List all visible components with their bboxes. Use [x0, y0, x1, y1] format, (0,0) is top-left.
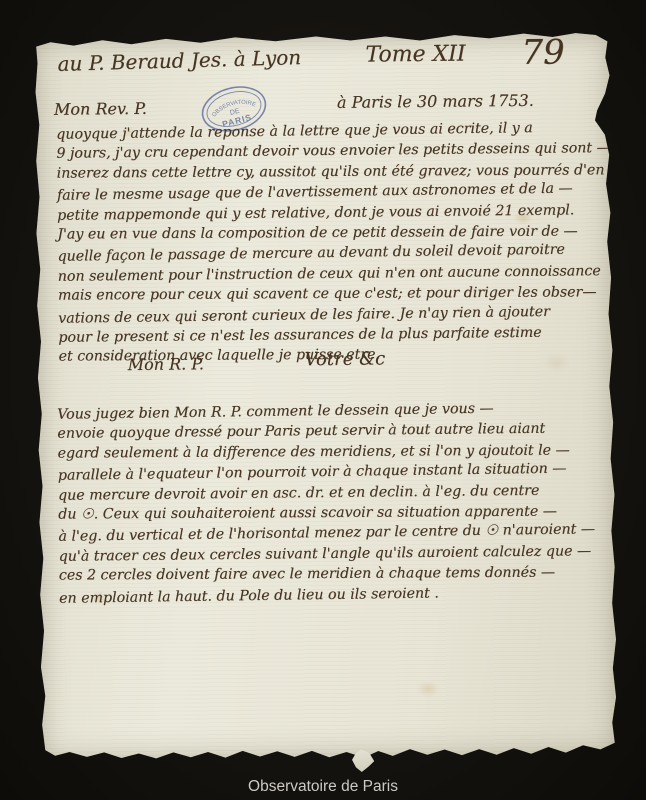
- photo-background: au P. Beraud Jes. à Lyon Tome XII 79 Mon…: [0, 0, 646, 800]
- volume-label: Tome XII: [365, 42, 465, 68]
- closing-salutation: Mon R. P.: [128, 354, 204, 374]
- photo-caption: Observatoire de Paris: [0, 778, 646, 796]
- closing-signature: Votre &c: [305, 348, 386, 370]
- recipient-line: au P. Beraud Jes. à Lyon: [57, 45, 301, 76]
- paragraph-2: Vous jugez bien Mon R. P. comment le des…: [57, 398, 607, 608]
- paragraph-1: quoyque j'attende la reponse à la lettre…: [56, 118, 607, 368]
- manuscript-page: au P. Beraud Jes. à Lyon Tome XII 79 Mon…: [33, 32, 618, 761]
- dateline: à Paris le 30 mars 1753.: [337, 91, 534, 112]
- folio-number: 79: [521, 32, 565, 72]
- salutation-line: Mon Rev. P.: [54, 99, 147, 119]
